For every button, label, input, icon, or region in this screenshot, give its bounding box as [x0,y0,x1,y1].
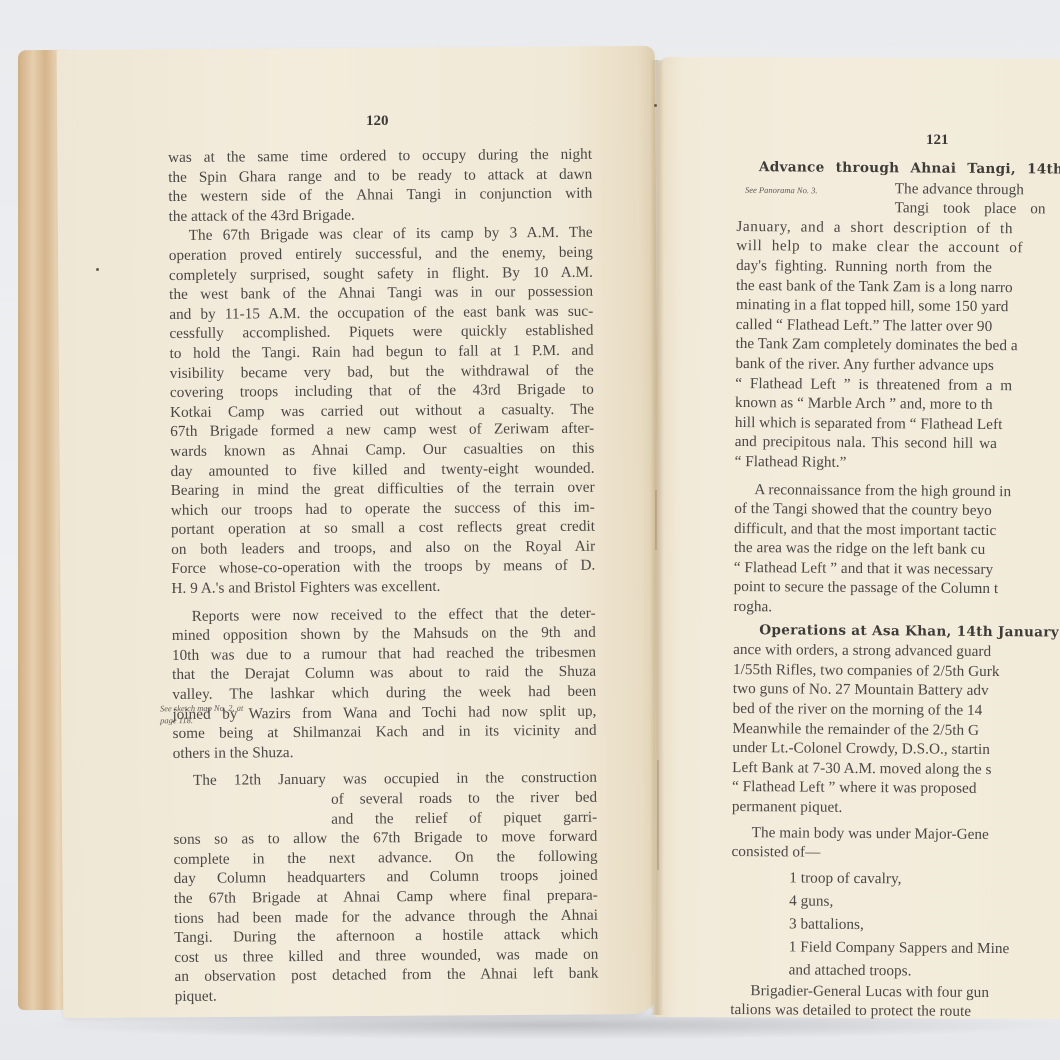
paper-speck [654,104,657,107]
text-line: ance with orders, a strong advanced guar… [733,640,1060,662]
list-item: and attached troops. [731,958,1060,984]
text-line: day's fighting. Running north from the [736,256,1060,278]
text-line: operation proved entirely successful, an… [169,243,593,266]
right-page-text: Advance through Ahnai Tangi, 14th The ad… [730,158,1060,1023]
text-line: to hold the Tangi. Rain had begun to fal… [170,341,594,364]
text-line: the western side of the Ahnai Tangi in c… [168,184,592,207]
margin-note-line: See sketch map No. 2, at [160,702,243,715]
page-number-left: 120 [366,113,389,130]
text-line: under Lt.-Colonel Crowdy, D.S.O., starti… [732,738,1060,760]
text-line: Force whose-co-operation with the troops… [171,556,595,579]
list-item: 3 battalions, [731,912,1060,938]
text-line: permanent piquet. [732,797,1060,819]
text-line: bed of the river on the morning of the 1… [733,699,1060,721]
text-line: wards known as Ahnai Camp. Our casualtie… [170,439,594,462]
gutter-thread [655,490,657,550]
margin-note-line: page 118. [160,714,243,727]
margin-note-panorama: See Panorama No. 3. [745,184,818,197]
text-line: “ Flathead Right.” [735,452,1060,474]
text-line: point to secure the passage of the Colum… [734,577,1060,599]
book-gutter [650,60,664,1015]
text-line: consisted of— [731,842,1060,864]
text-line: the 67th Brigade at Ahnai Camp where fin… [174,886,598,909]
text-line: rogha. [733,597,1060,619]
paper-speck [96,268,99,271]
text-line: of the Tangi showed that the country bey… [734,499,1060,521]
list-item: 4 guns, [731,889,1060,915]
section-heading: Advance through Ahnai Tangi, 14th [737,158,1060,180]
page-number-right: 121 [926,132,949,149]
text-line: bank of the river. Any further advance u… [735,354,1060,376]
text-line: talions was detailed to protect the rout… [730,1000,1060,1022]
photo-scene: 120 was at the same time ordered to occu… [0,0,1060,1060]
text-line: an observation post detached from the Ah… [174,964,598,987]
list-item: 1 Field Company Sappers and Mine [731,935,1060,961]
margin-note-sketch-map: See sketch map No. 2, at page 118. [160,702,244,727]
text-line: piquet. [175,984,599,1007]
list-item: 1 troop of cavalry, [731,866,1060,892]
text-line: minating in a flat topped hill, some 150… [736,295,1060,317]
gutter-thread [657,760,659,870]
text-line: known as “ Marble Arch ” and, more to th [735,393,1060,415]
left-page-text: was at the same time ordered to occupy d… [168,145,599,1007]
text-line: of several roads to the river bed [173,788,597,811]
text-line: was at the same time ordered to occupy d… [168,145,592,168]
text-line: the area was the ridge on the left bank … [734,538,1060,560]
